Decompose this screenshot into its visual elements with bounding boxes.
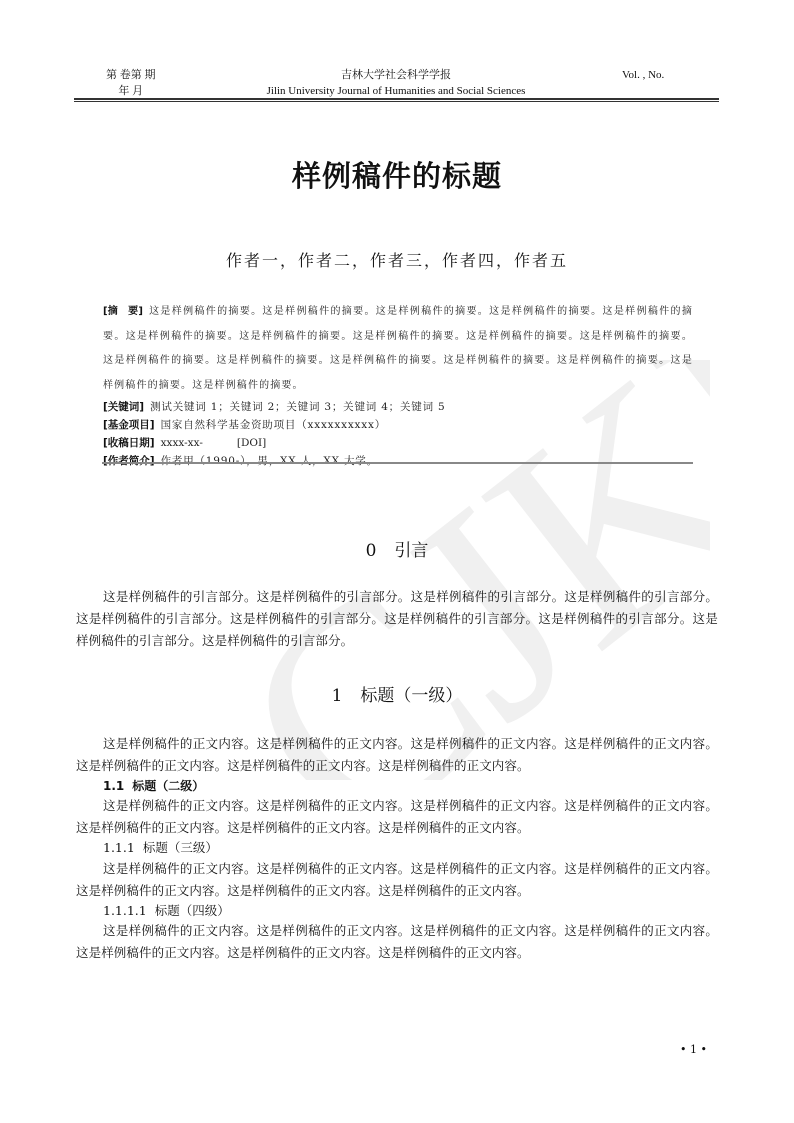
abstract: [摘 要]这是样例稿件的摘要。这是样例稿件的摘要。这是样例稿件的摘要。这是样例稿… [103, 300, 693, 398]
received-date: [收稿日期]xxxx-xx-[DOI] [103, 434, 693, 452]
keywords-text: 测试关键词 1；关键词 2；关键词 3；关键词 4；关键词 5 [150, 401, 445, 413]
fund-text: 国家自然科学基金资助项目（xxxxxxxxxx） [161, 419, 386, 431]
subsection-title: 标题（三级） [143, 840, 218, 855]
author-list: 作者一，作者二，作者三，作者四，作者五 [0, 248, 794, 271]
subsection-title: 标题（二级） [132, 779, 204, 793]
received-text: xxxx-xx- [161, 437, 203, 449]
front-matter-rule [102, 462, 693, 464]
page-number: • 1 • [680, 1043, 707, 1056]
subsection-number: 1.1.1.1 [103, 903, 147, 918]
subsection-heading-1-1: 1.1标题（二级） [103, 775, 204, 797]
received-label: [收稿日期] [103, 437, 155, 449]
keywords-label: [关键词] [103, 401, 144, 413]
subsection-heading-1-1-1-1: 1.1.1.1标题（四级） [103, 900, 230, 922]
paper-title: 样例稿件的标题 [0, 154, 794, 195]
subsection-title: 标题（四级） [155, 903, 230, 918]
journal-name-en: Jilin University Journal of Humanities a… [74, 83, 718, 99]
fund-label: [基金项目] [103, 419, 155, 431]
author-bio: [作者简介]作者甲（1990-），男，XX 人，XX 大学。 [103, 452, 693, 470]
keywords: [关键词]测试关键词 1；关键词 2；关键词 3；关键词 4；关键词 5 [103, 398, 693, 416]
section-heading-1: 1标题（一级） [0, 681, 794, 706]
author-bio-text: 作者甲（1990-），男，XX 人，XX 大学。 [161, 455, 378, 467]
abstract-text: 这是样例稿件的摘要。这是样例稿件的摘要。这是样例稿件的摘要。这是样例稿件的摘要。… [103, 306, 693, 391]
intro-paragraph: 这是样例稿件的引言部分。这是样例稿件的引言部分。这是样例稿件的引言部分。这是样例… [76, 586, 718, 652]
section-1-paragraph: 这是样例稿件的正文内容。这是样例稿件的正文内容。这是样例稿件的正文内容。这是样例… [76, 733, 718, 777]
section-number: 1 [332, 686, 343, 706]
subsection-number: 1.1 [103, 779, 124, 793]
section-heading-intro: 0引言 [0, 536, 794, 561]
front-matter: [摘 要]这是样例稿件的摘要。这是样例稿件的摘要。这是样例稿件的摘要。这是样例稿… [103, 300, 693, 470]
doi: [DOI] [237, 437, 266, 449]
author-bio-label: [作者简介] [103, 455, 155, 467]
subsection-number: 1.1.1 [103, 840, 135, 855]
section-1-1-1-paragraph: 这是样例稿件的正文内容。这是样例稿件的正文内容。这是样例稿件的正文内容。这是样例… [76, 858, 718, 902]
section-1-1-paragraph: 这是样例稿件的正文内容。这是样例稿件的正文内容。这是样例稿件的正文内容。这是样例… [76, 795, 718, 839]
volume-number: Vol. , No. [622, 67, 664, 83]
section-number: 0 [366, 541, 377, 561]
section-title: 引言 [394, 541, 428, 561]
header-double-rule [74, 98, 719, 102]
section-1-1-1-1-paragraph: 这是样例稿件的正文内容。这是样例稿件的正文内容。这是样例稿件的正文内容。这是样例… [76, 920, 718, 964]
abstract-label: [摘 要] [103, 306, 143, 317]
section-title: 标题（一级） [360, 686, 462, 706]
fund-info: [基金项目]国家自然科学基金资助项目（xxxxxxxxxx） [103, 416, 693, 434]
subsection-heading-1-1-1: 1.1.1标题（三级） [103, 837, 218, 859]
